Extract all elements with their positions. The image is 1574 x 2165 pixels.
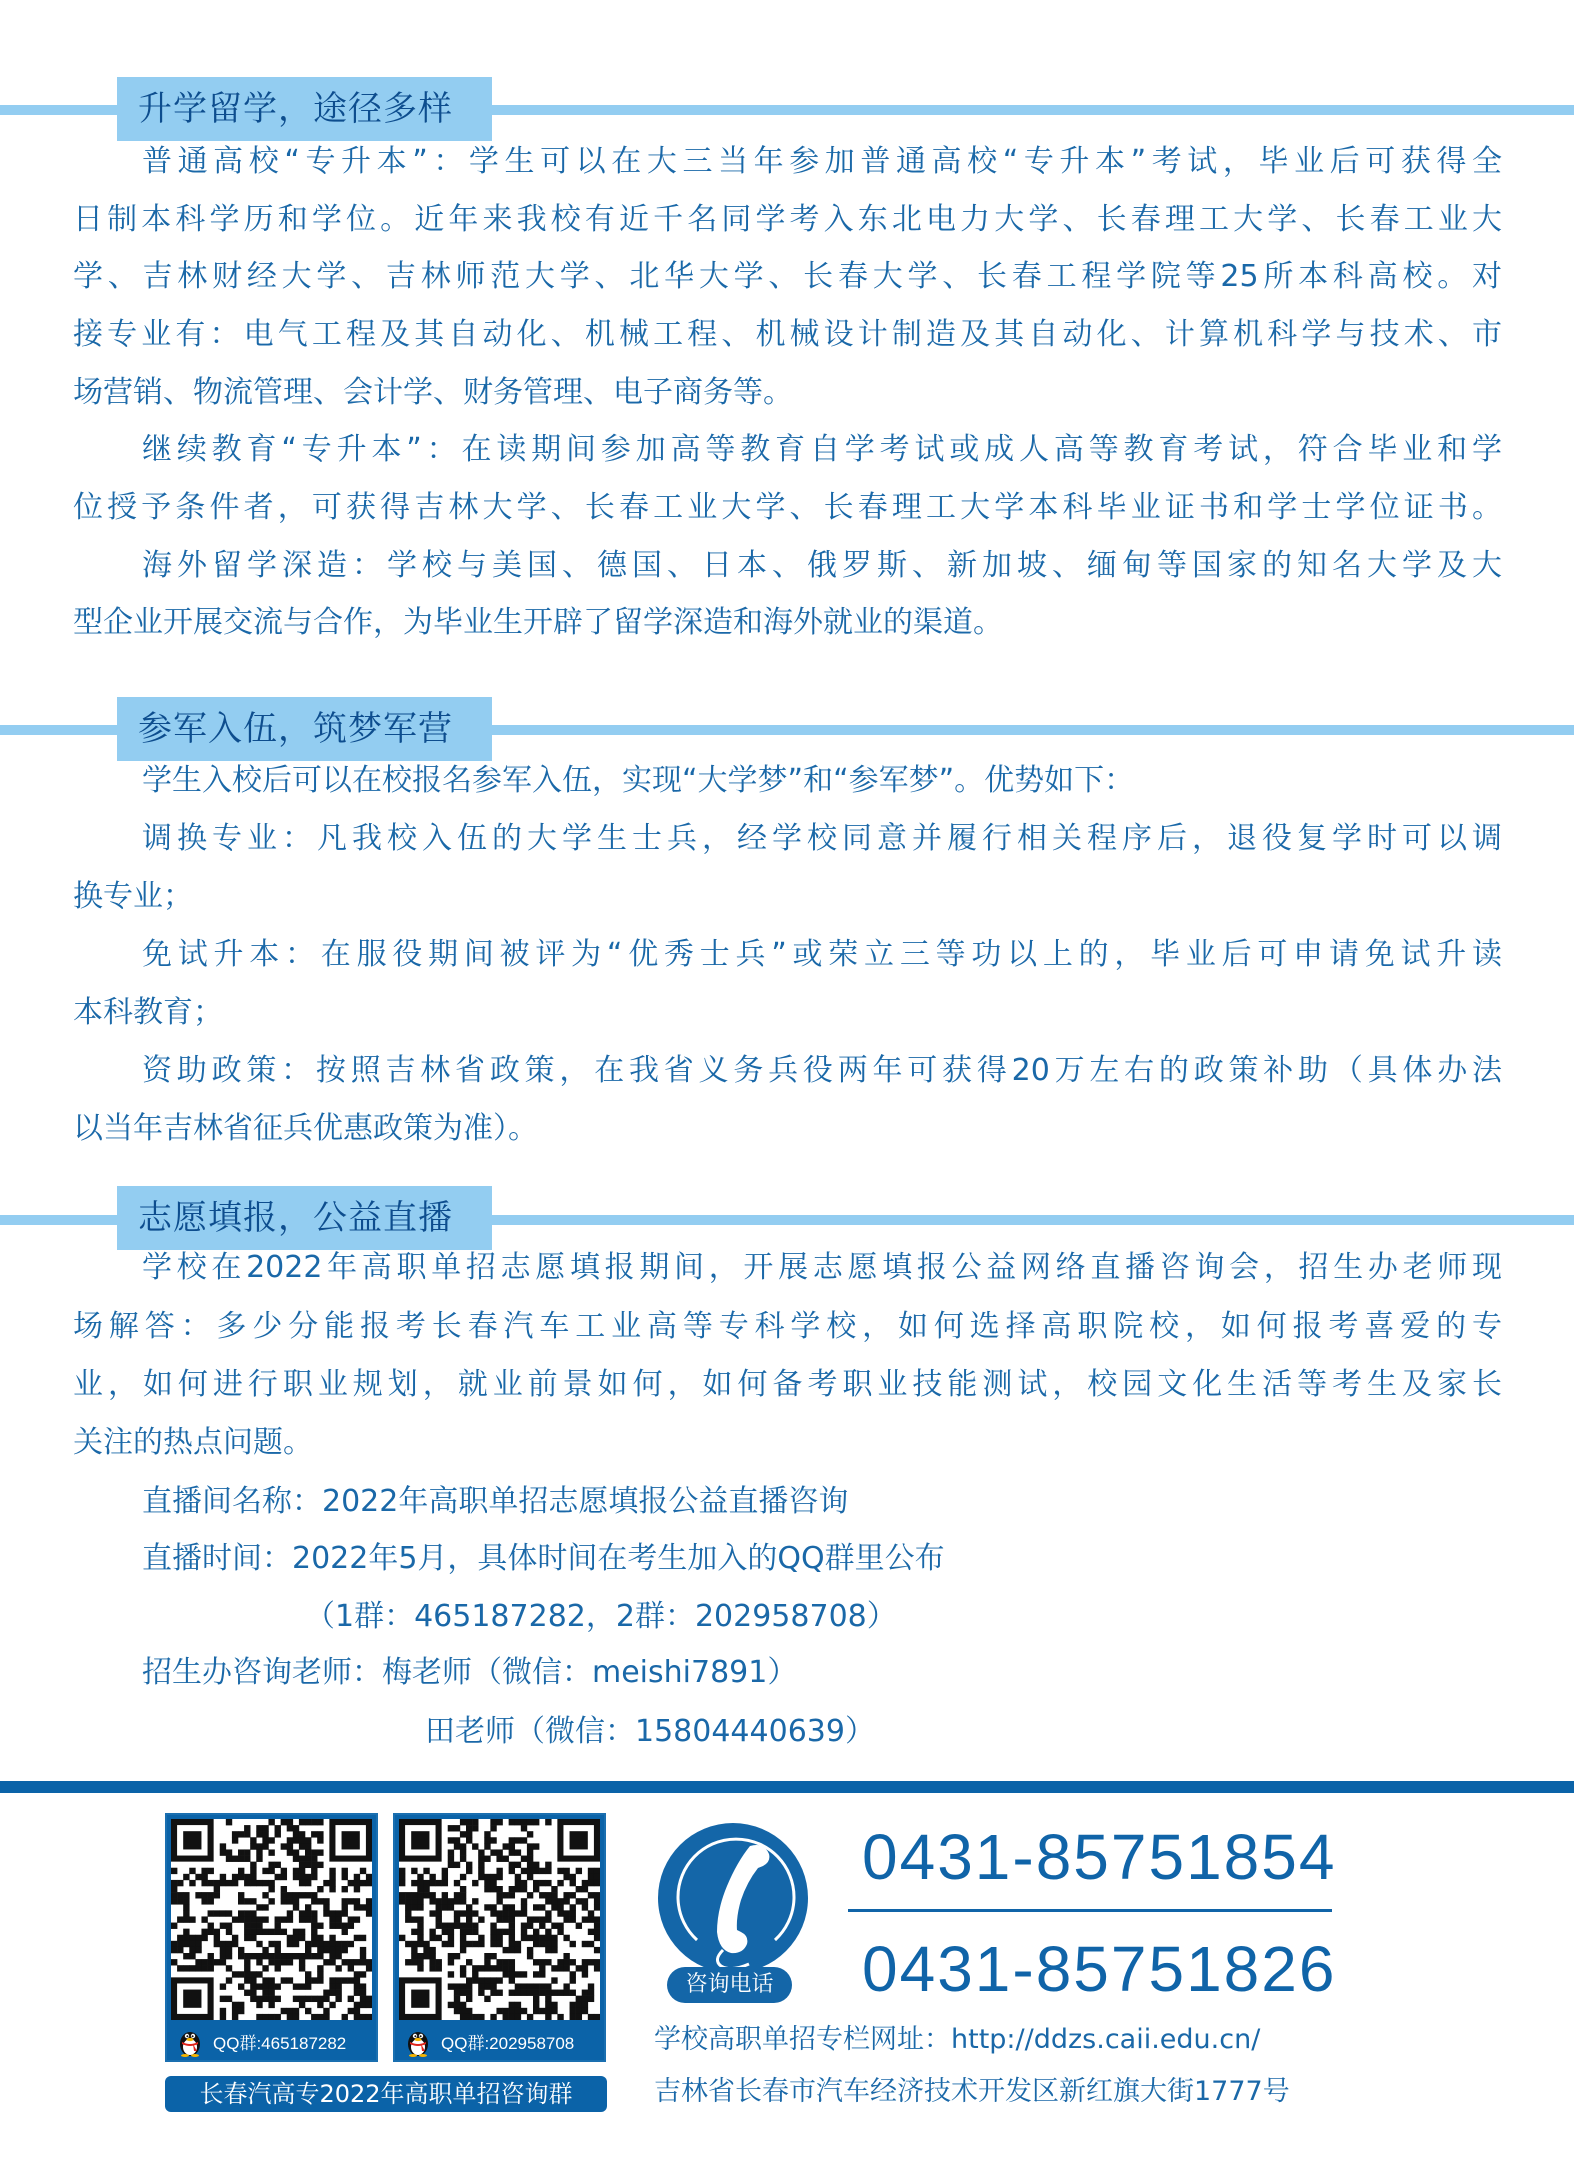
qq-group-numbers: （1群：465187282，2群：202958708） <box>305 1597 897 1637</box>
section-title-live-stream: 志愿填报，公益直播 <box>117 1186 492 1250</box>
paragraph-line: 免试升本：在服役期间被评为“优秀士兵”或荣立三等功以上的，毕业后可申请免试升读 <box>142 935 1502 975</box>
live-room-name: 直播间名称：2022年高职单招志愿填报公益直播咨询 <box>142 1482 848 1522</box>
paragraph-line: 继续教育“专升本”：在读期间参加高等教育自学考试或成人高等教育考试，符合毕业和学 <box>142 430 1502 470</box>
website-link[interactable]: 学校高职单招专栏网址：http://ddzs.caii.edu.cn/ <box>654 2022 1260 2058</box>
paragraph-line: 本科教育； <box>73 993 1502 1033</box>
qq-group-caption: 长春汽高专2022年高职单招咨询群 <box>165 2076 607 2112</box>
paragraph-line: 普通高校“专升本”：学生可以在大三当年参加普通高校“专升本”考试，毕业后可获得全 <box>142 142 1502 182</box>
paragraph-line: 型企业开展交流与合作，为毕业生开辟了留学深造和海外就业的渠道。 <box>73 603 1502 643</box>
phone-number-1[interactable]: 0431-85751854 <box>862 1822 1336 1892</box>
qq-group-label: QQ群:202958708 <box>441 2029 574 2054</box>
qq-group-label: QQ群:465187282 <box>213 2029 346 2054</box>
live-time: 直播时间：2022年5月，具体时间在考生加入的QQ群里公布 <box>142 1539 945 1579</box>
paragraph-line: 位授予条件者，可获得吉林大学、长春工业大学、长春理工大学本科毕业证书和学士学位证… <box>73 488 1502 528</box>
paragraph-line: 以当年吉林省征兵优惠政策为准）。 <box>73 1109 1502 1149</box>
paragraph-line: 换专业； <box>73 877 1502 917</box>
paragraph-line: 业，如何进行职业规划，就业前景如何，如何备考职业技能测试，校园文化生活等考生及家… <box>73 1365 1502 1405</box>
paragraph-line: 学、吉林财经大学、吉林师范大学、北华大学、长春大学、长春工程学院等25所本科高校… <box>73 257 1502 297</box>
paragraph-line: 资助政策：按照吉林省政策，在我省义务兵役两年可获得20万左右的政策补助（具体办法 <box>142 1051 1502 1091</box>
paragraph-line: 海外留学深造：学校与美国、德国、日本、俄罗斯、新加坡、缅甸等国家的知名大学及大 <box>142 546 1502 586</box>
section-title-military: 参军入伍，筑梦军营 <box>117 697 492 761</box>
paragraph-line: 接专业有：电气工程及其自动化、机械工程、机械设计制造及其自动化、计算机科学与技术… <box>73 315 1502 355</box>
school-address: 吉林省长春市汽车经济技术开发区新红旗大街1777号 <box>654 2074 1290 2110</box>
phone-divider <box>848 1909 1332 1912</box>
telephone-handset-icon <box>657 1822 809 1974</box>
paragraph-line: 学生入校后可以在校报名参军入伍，实现“大学梦”和“参军梦”。优势如下： <box>142 761 1502 801</box>
qq-penguin-icon <box>403 2027 433 2057</box>
paragraph-line: 关注的热点问题。 <box>73 1423 1502 1463</box>
qr-code[interactable] <box>171 1819 372 2020</box>
paragraph-line: 调换专业：凡我校入伍的大学生士兵，经学校同意并履行相关程序后，退役复学时可以调 <box>142 819 1502 859</box>
footer-top-bar <box>0 1781 1574 1793</box>
section-title-study-abroad: 升学留学，途径多样 <box>117 77 492 141</box>
teacher-contact-2: 田老师（微信：15804440639） <box>425 1712 875 1752</box>
qr-code[interactable] <box>399 1819 600 2020</box>
qr-card-group-2: QQ群:202958708 <box>393 1813 606 2062</box>
qr-card-group-1: QQ群:465187282 <box>165 1813 378 2062</box>
paragraph-line: 日制本科学历和学位。近年来我校有近千名同学考入东北电力大学、长春理工大学、长春工… <box>73 200 1502 240</box>
teacher-contact-1: 招生办咨询老师：梅老师（微信：meishi7891） <box>142 1653 797 1693</box>
phone-number-2[interactable]: 0431-85751826 <box>862 1934 1336 2004</box>
consult-phone-badge: 咨询电话 <box>667 1967 792 2003</box>
paragraph-line: 学校在2022年高职单招志愿填报期间，开展志愿填报公益网络直播咨询会，招生办老师… <box>142 1248 1502 1288</box>
paragraph-line: 场营销、物流管理、会计学、财务管理、电子商务等。 <box>73 373 1502 413</box>
qq-penguin-icon <box>175 2027 205 2057</box>
paragraph-line: 场解答：多少分能报考长春汽车工业高等专科学校，如何选择高职院校，如何报考喜爱的专 <box>73 1307 1502 1347</box>
